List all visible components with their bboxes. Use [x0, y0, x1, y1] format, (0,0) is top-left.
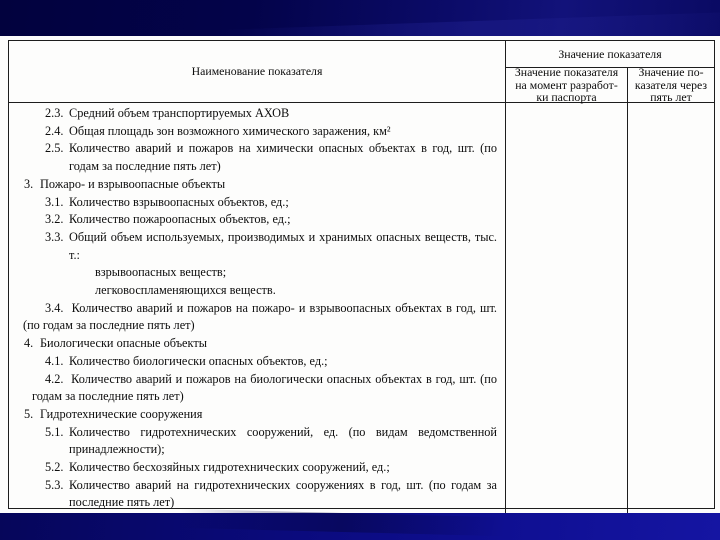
- header-value-group: Значение показателя: [505, 41, 714, 68]
- indicator-item: 5.1.Количество гидротехнических сооружен…: [9, 424, 497, 459]
- header-value-current: Значение показателя на момент разработ- …: [505, 68, 627, 103]
- indicator-item: 5.Гидротехнические сооружения: [9, 406, 497, 424]
- item-number: 5.2.: [45, 459, 63, 477]
- header-value-future: Значение по- казателя через пять лет: [627, 68, 714, 103]
- bottom-decor-band: [0, 513, 720, 540]
- item-number: 5.1.: [45, 424, 63, 442]
- indicator-item: 5.3.Количество аварий на гидротехнически…: [9, 477, 497, 512]
- item-number: 3.2.: [45, 211, 63, 229]
- item-number: 2.5.: [45, 140, 63, 158]
- indicator-item: 2.3.Средний объем транспортируемых АХОВ: [9, 105, 497, 123]
- item-number: 2.3.: [45, 105, 63, 123]
- indicator-item: 3.Пожаро- и взрывоопасные объекты: [9, 176, 497, 194]
- indicator-item: 3.3.Общий объем используемых, производим…: [9, 229, 497, 264]
- item-number: 3.1.: [45, 194, 63, 212]
- indicator-item: 2.4.Общая площадь зон возможного химичес…: [9, 123, 497, 141]
- item-number: 4.1.: [45, 353, 63, 371]
- item-number: 5.: [24, 406, 33, 424]
- indicator-item: 5.2.Количество бесхозяйных гидротехничес…: [9, 459, 497, 477]
- item-number: 2.4.: [45, 123, 63, 141]
- item-number: 4.: [24, 335, 33, 353]
- indicator-item: 4.1.Количество биологически опасных объе…: [9, 353, 497, 371]
- indicator-item: взрывоопасных веществ;: [9, 264, 497, 282]
- indicator-item: 4.2. Количество аварий и пожаров на биол…: [9, 371, 497, 406]
- item-number: 5.3.: [45, 477, 63, 495]
- indicator-list: 2.3.Средний объем транспортируемых АХОВ2…: [9, 103, 505, 540]
- slide: Наименование показателя Значение показат…: [0, 0, 720, 540]
- header-name-column: Наименование показателя: [9, 41, 505, 103]
- item-number: 3.: [24, 176, 33, 194]
- indicator-item: 3.1.Количество взрывоопасных объектов, е…: [9, 194, 497, 212]
- item-number: 3.3.: [45, 229, 63, 247]
- top-decor-band: [0, 0, 720, 36]
- indicator-item: 2.5.Количество аварий и пожаров на химич…: [9, 140, 497, 175]
- value-cell-future: [627, 103, 714, 540]
- paper: Наименование показателя Значение показат…: [0, 36, 720, 513]
- indicator-item: 4.Биологически опасные объекты: [9, 335, 497, 353]
- indicator-item: 3.4. Количество аварий и пожаров на пожа…: [9, 300, 497, 335]
- indicator-item: легковоспламеняющихся веществ.: [9, 282, 497, 300]
- indicator-item: 3.2.Количество пожароопасных объектов, е…: [9, 211, 497, 229]
- value-cell-current: [505, 103, 627, 540]
- indicators-table: Наименование показателя Значение показат…: [8, 40, 715, 509]
